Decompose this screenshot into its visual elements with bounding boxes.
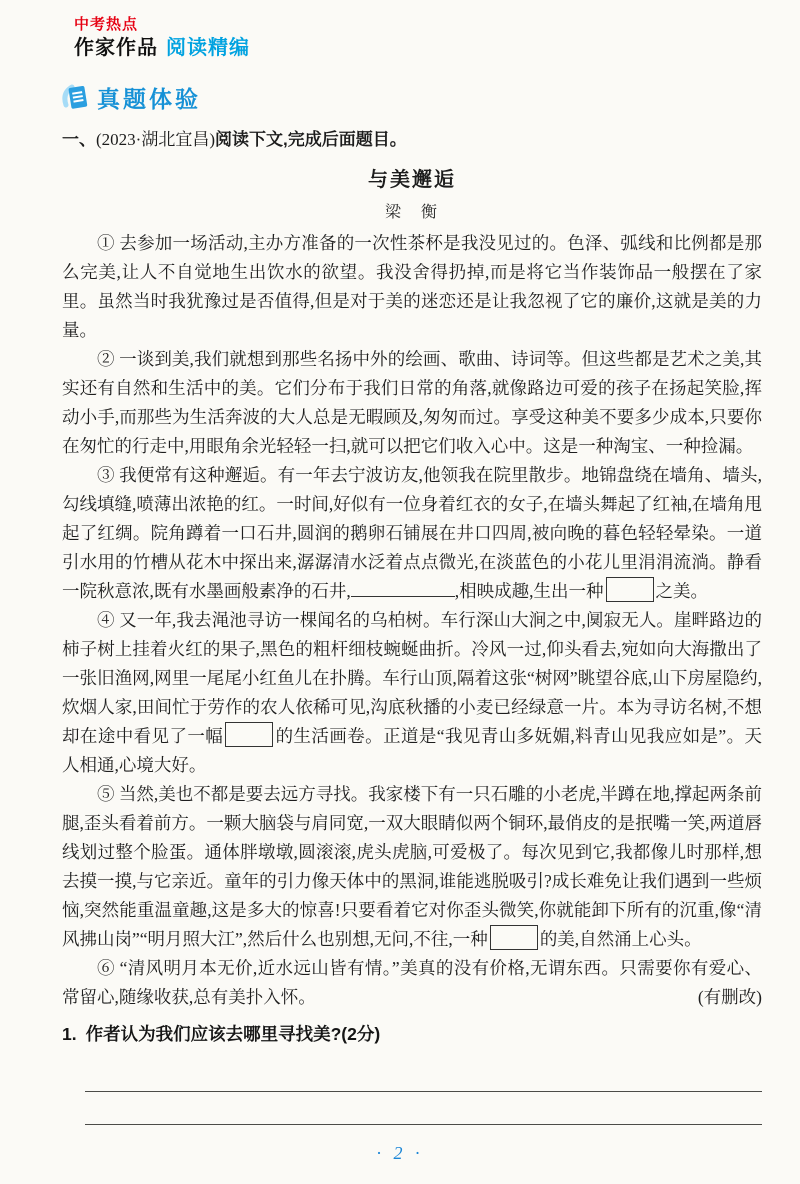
paragraph-text: ② 一谈到美,我们就想到那些名扬中外的绘画、歌曲、诗词等。但这些都是艺术之美,其… [62,349,762,456]
brand-subtitle: 阅读精编 [166,37,250,59]
page-number: · 2 · [377,1143,424,1163]
exercise-number: 一、 [62,130,96,149]
page-footer: · 2 · [0,1143,800,1164]
brand-title: 作家作品阅读精编 [74,36,762,61]
brand-tagline: 中考热点 [74,16,762,35]
paragraph-text: ,相映成趣,生出一种 [455,581,604,601]
article-paragraph: ④ 又一年,我去渑池寻访一棵闻名的乌柏树。车行深山大涧之中,阒寂无人。崖畔路边的… [62,606,762,780]
paragraph-text: 之美。 [656,581,709,601]
article-title: 与美邂逅 [62,163,762,192]
question-text: 作者认为我们应该去哪里寻找美?(2分) [86,1024,381,1044]
article-paragraph: ③ 我便常有这种邂逅。有一年去宁波访友,他领我在院里散步。地锦盘绕在墙角、墙头,… [62,461,762,606]
article-paragraph: ⑤ 当然,美也不都是要去远方寻找。我家楼下有一只石雕的小老虎,半蹲在地,撑起两条… [62,780,762,954]
article-author: 梁 衡 [62,199,762,222]
paragraph-text: ⑤ 当然,美也不都是要去远方寻找。我家楼下有一只石雕的小老虎,半蹲在地,撑起两条… [62,784,762,949]
paragraph-text: ① 去参加一场活动,主办方准备的一次性茶杯是我没见过的。色泽、弧线和比例都是那么… [62,233,762,340]
exercise-instruction: 一、(2023·湖北宜昌)阅读下文,完成后面题目。 [62,127,762,153]
article-paragraph: ⑥ “清风明月本无价,近水远山皆有情。”美真的没有价格,无谓东西。只需要你有爱心… [62,954,762,1012]
section-title: 真题体验 [97,81,201,114]
brand-series: 作家作品 [74,37,158,59]
book-header: 中考热点 作家作品阅读精编 [74,16,762,61]
source-note: (有删改) [698,983,762,1012]
fill-blank-box [225,722,273,747]
exercise-directive: 阅读下文,完成后面题目。 [215,130,407,149]
fill-blank-box [490,925,538,950]
section-header: 真题体验 [62,81,762,114]
question-1: 1.作者认为我们应该去哪里寻找美?(2分) [62,1020,762,1049]
answer-line-2 [85,1124,762,1125]
article-body: ① 去参加一场活动,主办方准备的一次性茶杯是我没见过的。色泽、弧线和比例都是那么… [62,229,762,1012]
question-number: 1. [62,1024,77,1044]
fill-blank-underline [351,577,455,596]
fill-blank-box [606,577,654,602]
answer-line-1 [85,1091,762,1092]
paragraph-text: 的美,自然涌上心头。 [540,929,702,949]
exercise-source: (2023·湖北宜昌) [96,130,215,149]
article-paragraph: ① 去参加一场活动,主办方准备的一次性茶杯是我没见过的。色泽、弧线和比例都是那么… [62,229,762,345]
paragraph-text: ⑥ “清风明月本无价,近水远山皆有情。”美真的没有价格,无谓东西。只需要你有爱心… [62,958,762,1007]
article-paragraph: ② 一谈到美,我们就想到那些名扬中外的绘画、歌曲、诗词等。但这些都是艺术之美,其… [62,345,762,461]
document-page-icon [62,83,89,112]
answer-area [85,1091,762,1125]
scanned-workbook-page: 中考热点 作家作品阅读精编 真题体验 一、(2023·湖北宜昌)阅读下文,完成后… [0,0,800,1184]
